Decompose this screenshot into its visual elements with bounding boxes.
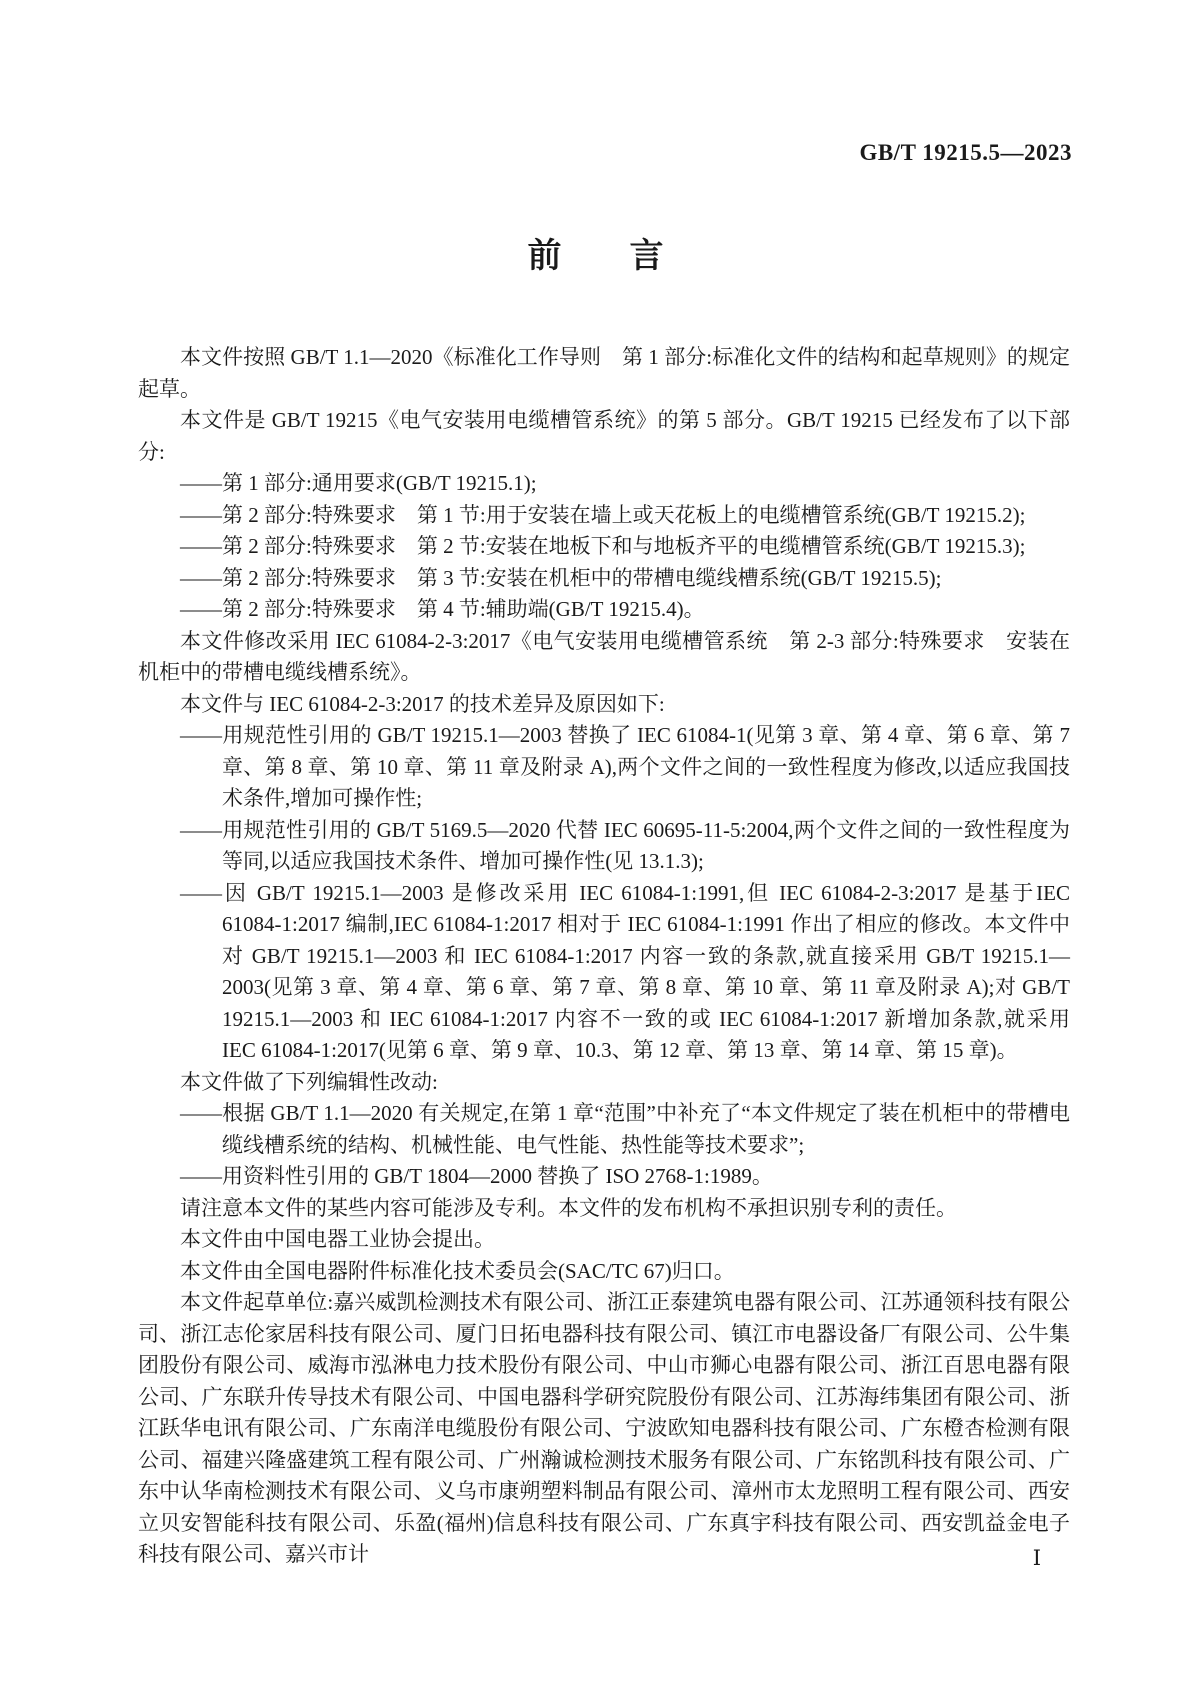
list-item: ——根据 GB/T 1.1—2020 有关规定,在第 1 章“范围”中补充了“本… <box>138 1098 1070 1161</box>
list-item: ——用规范性引用的 GB/T 19215.1—2003 替换了 IEC 6108… <box>138 720 1070 815</box>
list-item: ——用资料性引用的 GB/T 1804—2000 替换了 ISO 2768-1:… <box>138 1161 1070 1193</box>
list-item: ——第 1 部分:通用要求(GB/T 19215.1); <box>138 468 1070 500</box>
paragraph: 本文件与 IEC 61084-2-3:2017 的技术差异及原因如下: <box>138 689 1070 721</box>
paragraph: 本文件由全国电器附件标准化技术委员会(SAC/TC 67)归口。 <box>138 1256 1070 1288</box>
paragraph: 本文件是 GB/T 19215《电气安装用电缆槽管系统》的第 5 部分。GB/T… <box>138 405 1070 468</box>
page-number: Ⅰ <box>1033 1543 1041 1575</box>
list-item: ——第 2 部分:特殊要求 第 1 节:用于安装在墙上或天花板上的电缆槽管系统(… <box>138 500 1070 532</box>
paragraph: 请注意本文件的某些内容可能涉及专利。本文件的发布机构不承担识别专利的责任。 <box>138 1193 1070 1225</box>
list-item: ——第 2 部分:特殊要求 第 2 节:安装在地板下和与地板齐平的电缆槽管系统(… <box>138 531 1070 563</box>
paragraph: 本文件做了下列编辑性改动: <box>138 1067 1070 1099</box>
standard-number: GB/T 19215.5—2023 <box>859 140 1072 166</box>
list-item: ——第 2 部分:特殊要求 第 3 节:安装在机柜中的带槽电缆线槽系统(GB/T… <box>138 563 1070 595</box>
document-body: 本文件按照 GB/T 1.1—2020《标准化工作导则 第 1 部分:标准化文件… <box>138 342 1070 1571</box>
paragraph: 本文件由中国电器工业协会提出。 <box>138 1224 1070 1256</box>
page-title: 前 言 <box>0 236 1191 277</box>
list-item: ——第 2 部分:特殊要求 第 4 节:辅助端(GB/T 19215.4)。 <box>138 594 1070 626</box>
list-item: ——因 GB/T 19215.1—2003 是修改采用 IEC 61084-1:… <box>138 878 1070 1067</box>
document-page: GB/T 19215.5—2023 前 言 本文件按照 GB/T 1.1—202… <box>0 0 1191 1684</box>
paragraph: 本文件起草单位:嘉兴威凯检测技术有限公司、浙江正泰建筑电器有限公司、江苏通领科技… <box>138 1287 1070 1571</box>
list-item: ——用规范性引用的 GB/T 5169.5—2020 代替 IEC 60695-… <box>138 815 1070 878</box>
paragraph: 本文件修改采用 IEC 61084-2-3:2017《电气安装用电缆槽管系统 第… <box>138 626 1070 689</box>
paragraph: 本文件按照 GB/T 1.1—2020《标准化工作导则 第 1 部分:标准化文件… <box>138 342 1070 405</box>
